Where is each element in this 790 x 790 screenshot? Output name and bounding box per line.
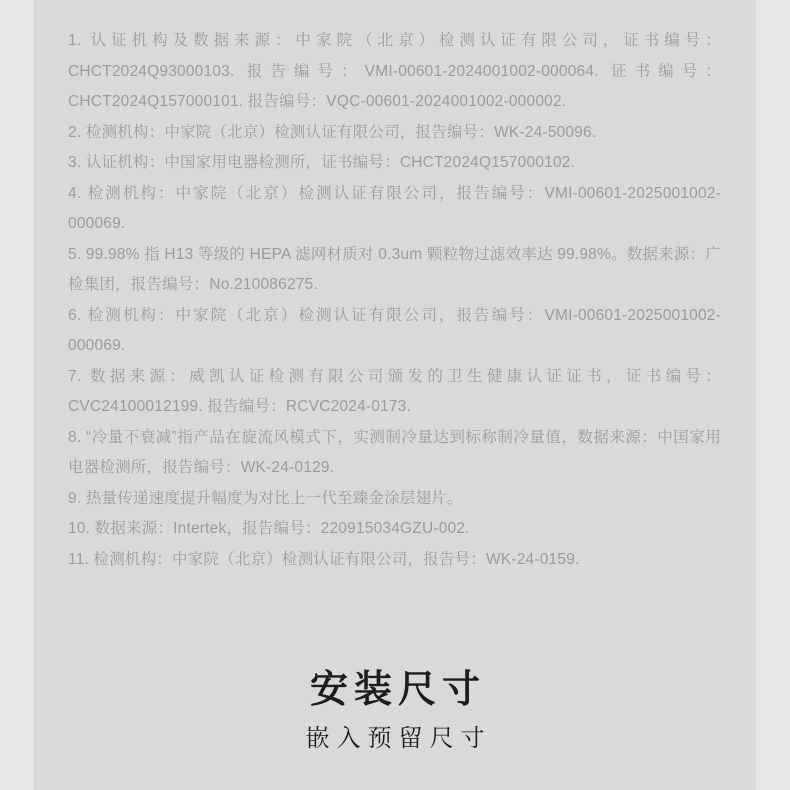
- footnote-item-1: 1. 认证机构及数据来源：中家院（北京）检测认证有限公司，证书编号：CHCT20…: [68, 26, 721, 118]
- footnote-item-3: 3. 认证机构：中国家用电器检测所，证书编号：CHCT2024Q15700010…: [68, 148, 721, 179]
- section-subtitle: 嵌入预留尺寸: [34, 726, 763, 752]
- section-title: 安装尺寸: [34, 670, 762, 710]
- footnote-item-2: 2. 检测机构：中家院（北京）检测认证有限公司，报告编号：WK-24-50096…: [68, 118, 721, 149]
- footnote-item-6: 6. 检测机构：中家院（北京）检测认证有限公司，报告编号：VMI-00601-2…: [68, 301, 721, 362]
- footnote-item-4: 4. 检测机构：中家院（北京）检测认证有限公司，报告编号：VMI-00601-2…: [68, 179, 721, 240]
- footnote-item-10: 10. 数据来源：Intertek，报告编号：220915034GZU-002.: [68, 514, 721, 545]
- footnote-item-7: 7. 数据来源：威凯认证检测有限公司颁发的卫生健康认证证书，证书编号：CVC24…: [68, 362, 721, 423]
- footnote-item-11: 11. 检测机构：中家院（北京）检测认证有限公司，报告号：WK-24-0159.: [68, 545, 721, 576]
- footnote-item-8: 8. “冷量不衰减”指产品在旋流风模式下，实测制冷量达到标称制冷量值，数据来源：…: [68, 423, 721, 484]
- section-header: 安装尺寸 嵌入预留尺寸: [34, 670, 756, 752]
- footnotes-block: 1. 认证机构及数据来源：中家院（北京）检测认证有限公司，证书编号：CHCT20…: [68, 26, 721, 575]
- footnote-item-5: 5. 99.98% 指 H13 等级的 HEPA 滤网材质对 0.3um 颗粒物…: [68, 240, 721, 301]
- footnote-item-9: 9. 热量传递速度提升幅度为对比上一代至臻金涂层翅片。: [68, 484, 721, 515]
- notes-panel: 1. 认证机构及数据来源：中家院（北京）检测认证有限公司，证书编号：CHCT20…: [34, 0, 756, 790]
